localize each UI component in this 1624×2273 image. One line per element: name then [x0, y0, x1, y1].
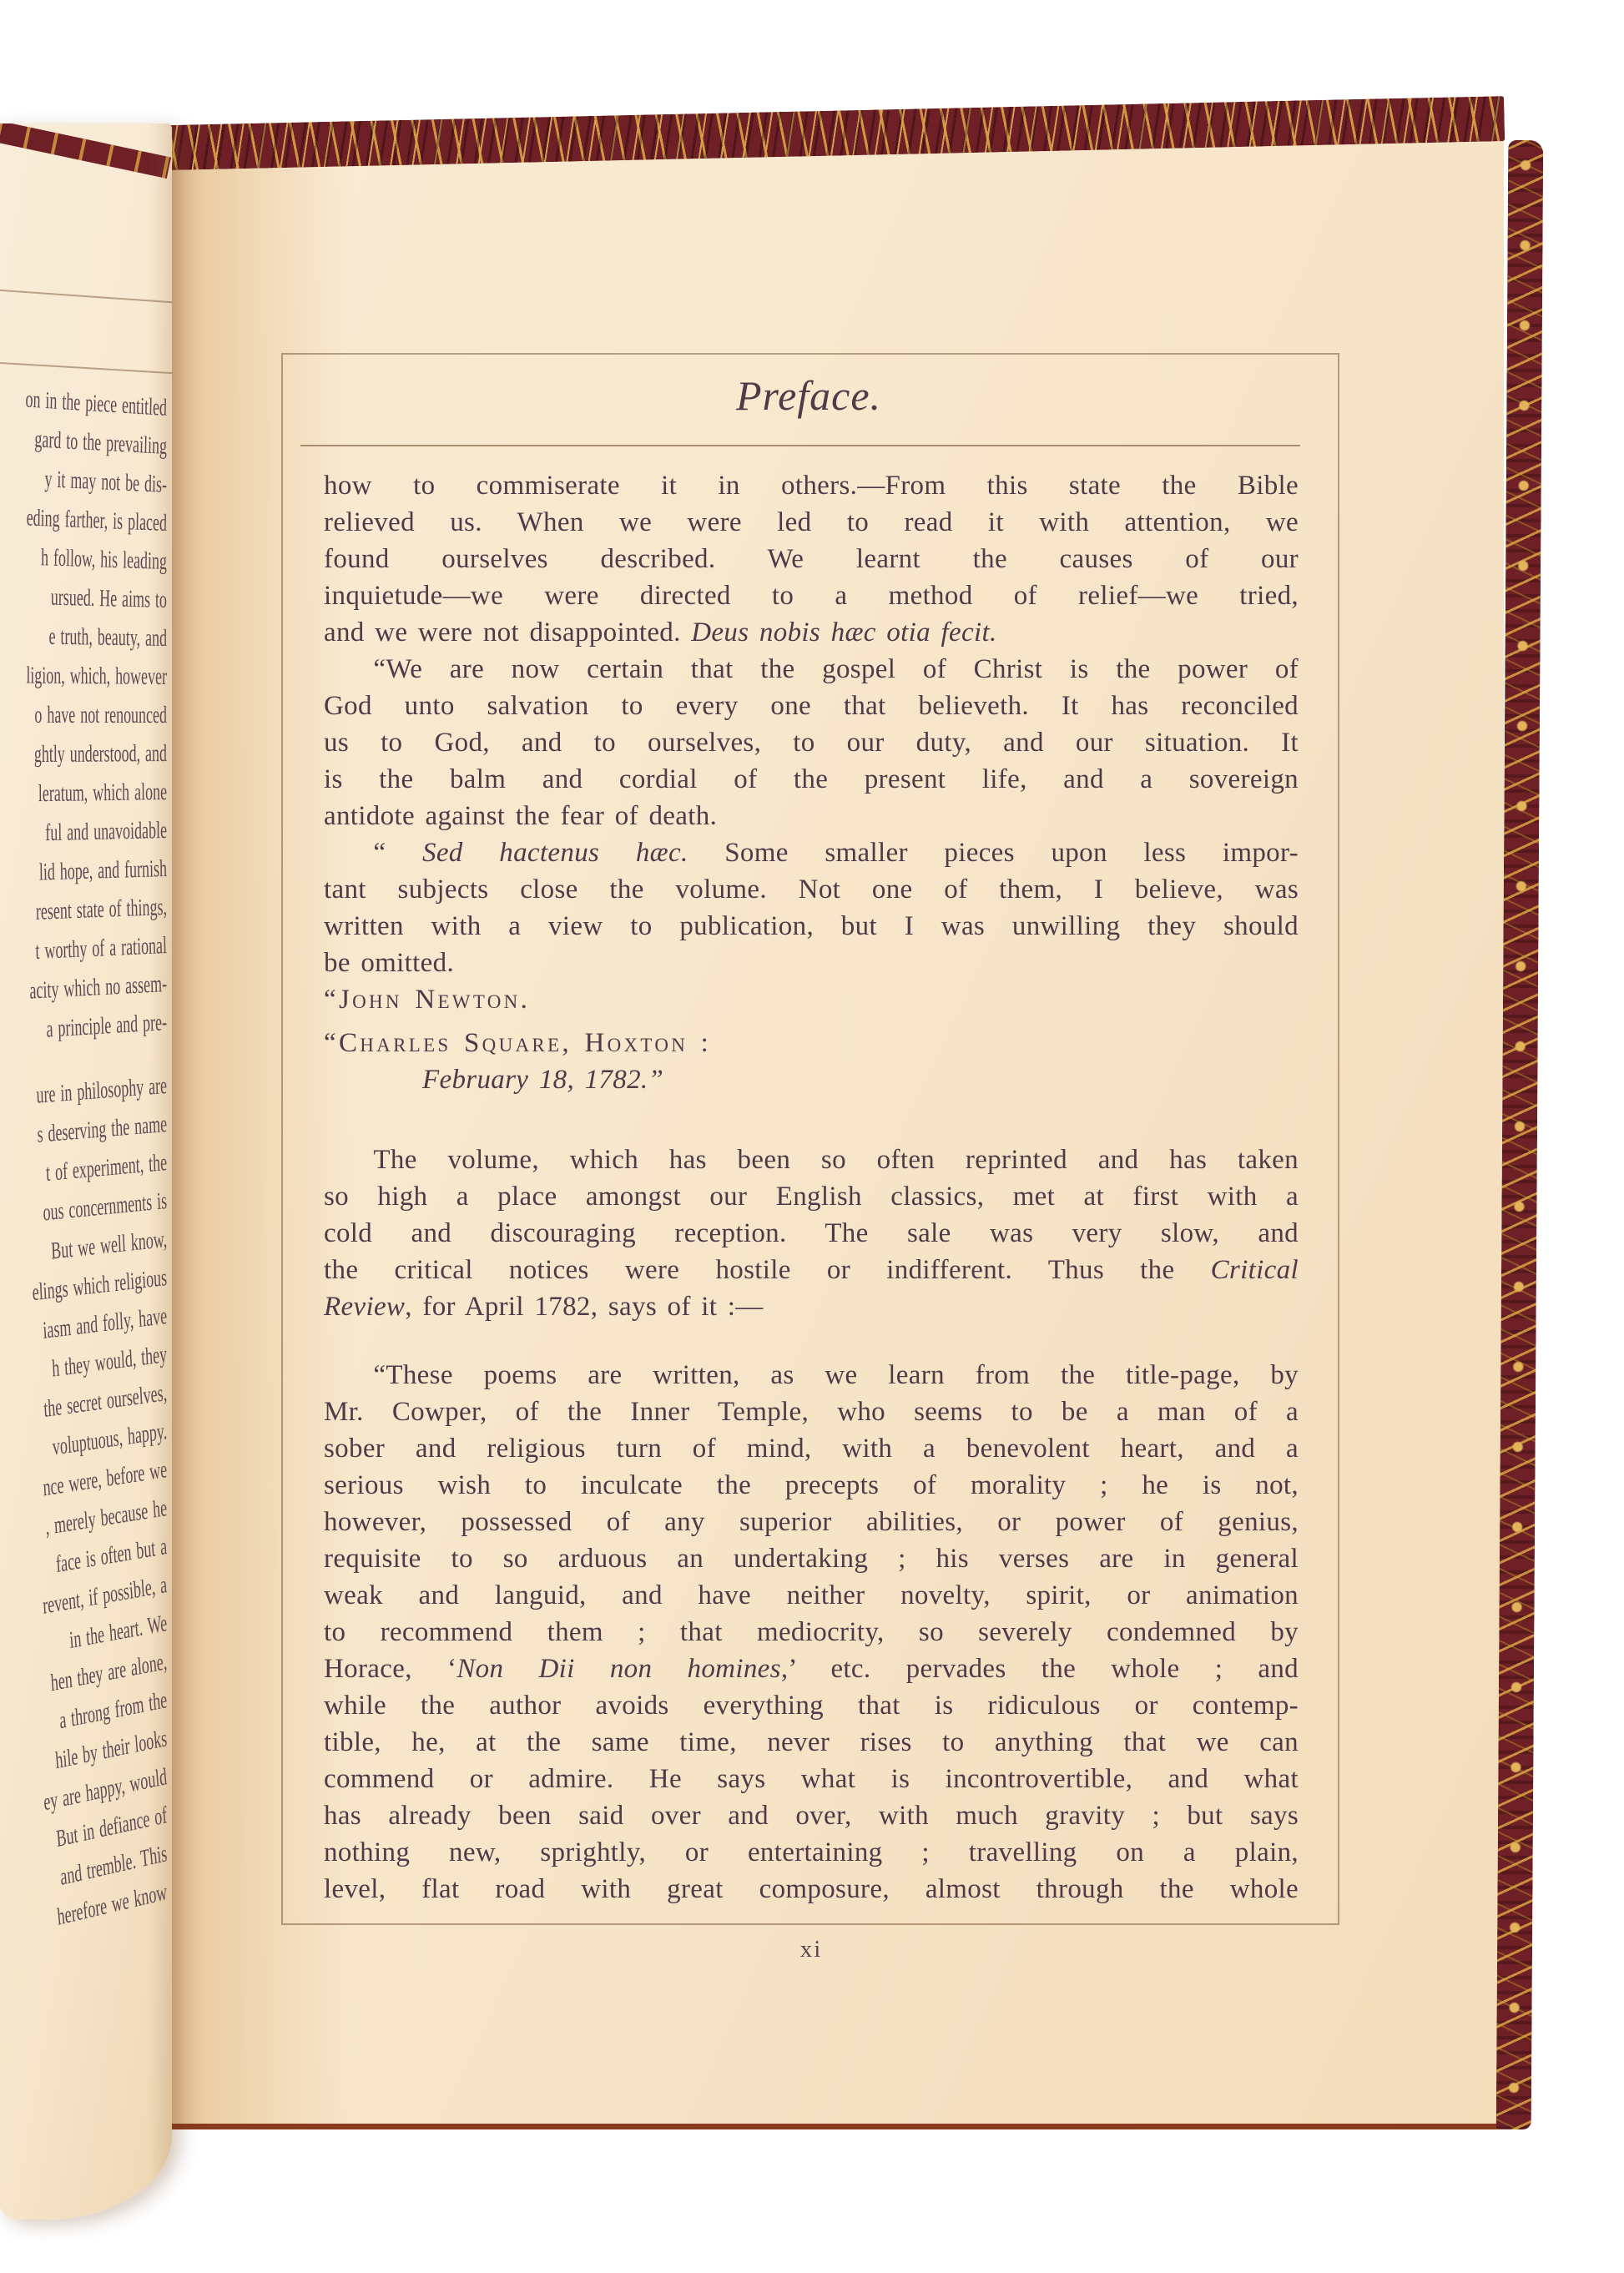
text-line: and we were not disappointed. Deus nobis…: [324, 614, 1299, 651]
text-segment: The volume, which has been so often repr…: [373, 1145, 1299, 1175]
left-page-text-line: h follow, his leading: [0, 537, 167, 581]
text-segment: written with a view to publication, but …: [324, 911, 1299, 941]
left-page-text-line: leratum, which alone: [0, 773, 167, 814]
text-segment: sober and religious turn of mind, with a…: [324, 1434, 1299, 1464]
text-line: Mr. Cowper, of the Inner Temple, who see…: [324, 1394, 1299, 1430]
text-segment: weak and languid, and have neither novel…: [324, 1580, 1299, 1610]
left-page-text-line: ghtly understood, and: [0, 734, 167, 774]
text-line: antidote against the fear of death.: [324, 798, 1299, 834]
text-line: “ Sed hactenus hæc. Some smaller pieces …: [324, 834, 1299, 871]
text-line: so high a place amongst our English clas…: [324, 1178, 1299, 1215]
text-segment: level, flat road with great composure, a…: [324, 1874, 1299, 1904]
body-text: how to commiserate it in others.—From th…: [324, 467, 1299, 1908]
text-line: God unto salvation to every one that bel…: [324, 688, 1299, 724]
text-segment: Horace, ‘: [324, 1654, 456, 1684]
text-segment: how to commiserate it in others.—From th…: [324, 471, 1299, 501]
page-number-folio: xi: [324, 1936, 1299, 1963]
paragraph: “We are now certain that the gospel of C…: [324, 651, 1299, 834]
text-line: relieved us. When we were led to read it…: [324, 504, 1299, 541]
text-line: has already been said over and over, wit…: [324, 1797, 1299, 1834]
left-page-curl-shade: [149, 123, 172, 2220]
text-segment: Sed hactenus hæc.: [422, 838, 688, 868]
left-page-text-line: y it may not be dis-: [0, 457, 167, 504]
text-line: found ourselves described. We learnt the…: [324, 541, 1299, 577]
address-line-2: February 18, 1782.”: [422, 1061, 1299, 1098]
address-line-1: “Charles Square, Hoxton :: [324, 1025, 1299, 1061]
text-segment: “These poems are written, as we learn fr…: [373, 1360, 1299, 1390]
left-page-text-line: e truth, beauty, and: [0, 617, 167, 658]
text-segment: requisite to so arduous an undertaking ;…: [324, 1544, 1299, 1574]
left-page-text-line: ful and unavoidable: [0, 811, 167, 853]
text-segment: Mr. Cowper, of the Inner Temple, who see…: [324, 1397, 1299, 1427]
text-segment: “We are now certain that the gospel of C…: [373, 654, 1299, 684]
chapter-title: Preface.: [281, 371, 1336, 420]
left-page-text-line: o have not renounced: [0, 696, 167, 734]
text-segment: Review: [324, 1292, 405, 1322]
text-line: weak and languid, and have neither novel…: [324, 1577, 1299, 1614]
text-line: “These poems are written, as we learn fr…: [324, 1357, 1299, 1394]
text-line: written with a view to publication, but …: [324, 908, 1299, 945]
text-segment: us to God, and to ourselves, to our duty…: [324, 728, 1299, 758]
text-line: cold and discouraging reception. The sal…: [324, 1215, 1299, 1252]
text-line: how to commiserate it in others.—From th…: [324, 467, 1299, 504]
text-segment: ,’ etc. pervades the whole ; and: [781, 1654, 1299, 1684]
left-page-text-line: eding farther, is placed: [0, 497, 167, 542]
left-page-rule-bottom: [0, 361, 172, 375]
text-segment: God unto salvation to every one that bel…: [324, 691, 1299, 721]
text-line: us to God, and to ourselves, to our duty…: [324, 724, 1299, 761]
text-segment: found ourselves described. We learnt the…: [324, 544, 1299, 574]
signature-line: “John Newton.: [324, 981, 1299, 1018]
text-line: sober and religious turn of mind, with a…: [324, 1430, 1299, 1467]
text-segment: to recommend them ; that mediocrity, so …: [324, 1617, 1299, 1647]
left-page-text: on in the piece entitledgard to the prev…: [0, 389, 167, 1911]
text-line: Horace, ‘Non Dii non homines,’ etc. perv…: [324, 1651, 1299, 1687]
left-page-text-line: lid hope, and furnish: [0, 849, 167, 893]
text-line: commend or admire. He says what is incon…: [324, 1761, 1299, 1797]
left-page-text-line: ursued. He aims to: [0, 577, 167, 619]
text-segment: has already been said over and over, wit…: [324, 1801, 1299, 1831]
text-segment: “: [373, 838, 422, 868]
text-segment: and we were not disappointed.: [324, 617, 691, 648]
left-page-text-line: ligion, which, however: [0, 656, 167, 696]
text-segment: is the balm and cordial of the present l…: [324, 764, 1299, 794]
text-line: be omitted.: [324, 945, 1299, 981]
text-segment: the critical notices were hostile or ind…: [324, 1255, 1211, 1285]
text-segment: cold and discouraging reception. The sal…: [324, 1218, 1299, 1248]
text-line: level, flat road with great composure, a…: [324, 1871, 1299, 1908]
book-spread-photo: Preface. how to commiserate it in others…: [0, 0, 1624, 2273]
text-segment: Deus nobis hæc otia fecit.: [691, 617, 996, 648]
text-segment: so high a place amongst our English clas…: [324, 1182, 1299, 1212]
text-segment: nothing new, sprightly, or entertaining …: [324, 1837, 1299, 1867]
text-line: requisite to so arduous an undertaking ;…: [324, 1540, 1299, 1577]
header-rule: [300, 445, 1300, 446]
text-segment: Some smaller pieces upon less impor-: [688, 838, 1299, 868]
text-line: Review, for April 1782, says of it :—: [324, 1288, 1299, 1325]
text-segment: serious wish to inculcate the precepts o…: [324, 1470, 1299, 1500]
left-page: on in the piece entitledgard to the prev…: [0, 123, 172, 2220]
paragraph: The volume, which has been so often repr…: [324, 1142, 1299, 1325]
text-segment: inquietude—we were directed to a method …: [324, 581, 1299, 611]
paragraph: how to commiserate it in others.—From th…: [324, 467, 1299, 651]
text-segment: be omitted.: [324, 948, 454, 978]
text-line: while the author avoids everything that …: [324, 1687, 1299, 1724]
text-segment: tible, he, at the same time, never rises…: [324, 1727, 1299, 1757]
text-line: to recommend them ; that mediocrity, so …: [324, 1614, 1299, 1651]
text-segment: while the author avoids everything that …: [324, 1691, 1299, 1721]
right-page: Preface. how to commiserate it in others…: [171, 127, 1504, 2129]
text-line: “We are now certain that the gospel of C…: [324, 651, 1299, 688]
paragraph: “ Sed hactenus hæc. Some smaller pieces …: [324, 834, 1299, 981]
text-segment: antidote against the fear of death.: [324, 801, 717, 831]
left-page-leather-sliver: [0, 123, 171, 179]
left-page-text-line: resent state of things,: [0, 888, 167, 933]
text-segment: Non Dii non homines: [456, 1654, 780, 1684]
text-line: nothing new, sprightly, or entertaining …: [324, 1834, 1299, 1871]
text-line: serious wish to inculcate the precepts o…: [324, 1467, 1299, 1504]
text-line: The volume, which has been so often repr…: [324, 1142, 1299, 1178]
text-segment: relieved us. When we were led to read it…: [324, 507, 1299, 537]
text-line: the critical notices were hostile or ind…: [324, 1252, 1299, 1288]
text-segment: Critical: [1211, 1255, 1299, 1285]
review-paragraphs: The volume, which has been so often repr…: [324, 1142, 1299, 1908]
text-line: is the balm and cordial of the present l…: [324, 761, 1299, 798]
text-segment: however, possessed of any superior abili…: [324, 1507, 1299, 1537]
paragraph: “These poems are written, as we learn fr…: [324, 1357, 1299, 1908]
text-segment: , for April 1782, says of it :—: [405, 1292, 763, 1322]
text-line: however, possessed of any superior abili…: [324, 1504, 1299, 1540]
text-line: tible, he, at the same time, never rises…: [324, 1724, 1299, 1761]
text-segment: commend or admire. He says what is incon…: [324, 1764, 1299, 1794]
text-segment: tant subjects close the volume. Not one …: [324, 874, 1299, 905]
text-line: inquietude—we were directed to a method …: [324, 577, 1299, 614]
text-line: tant subjects close the volume. Not one …: [324, 871, 1299, 908]
newton-preface-paragraphs: how to commiserate it in others.—From th…: [324, 467, 1299, 981]
left-page-rule-top: [0, 288, 172, 304]
